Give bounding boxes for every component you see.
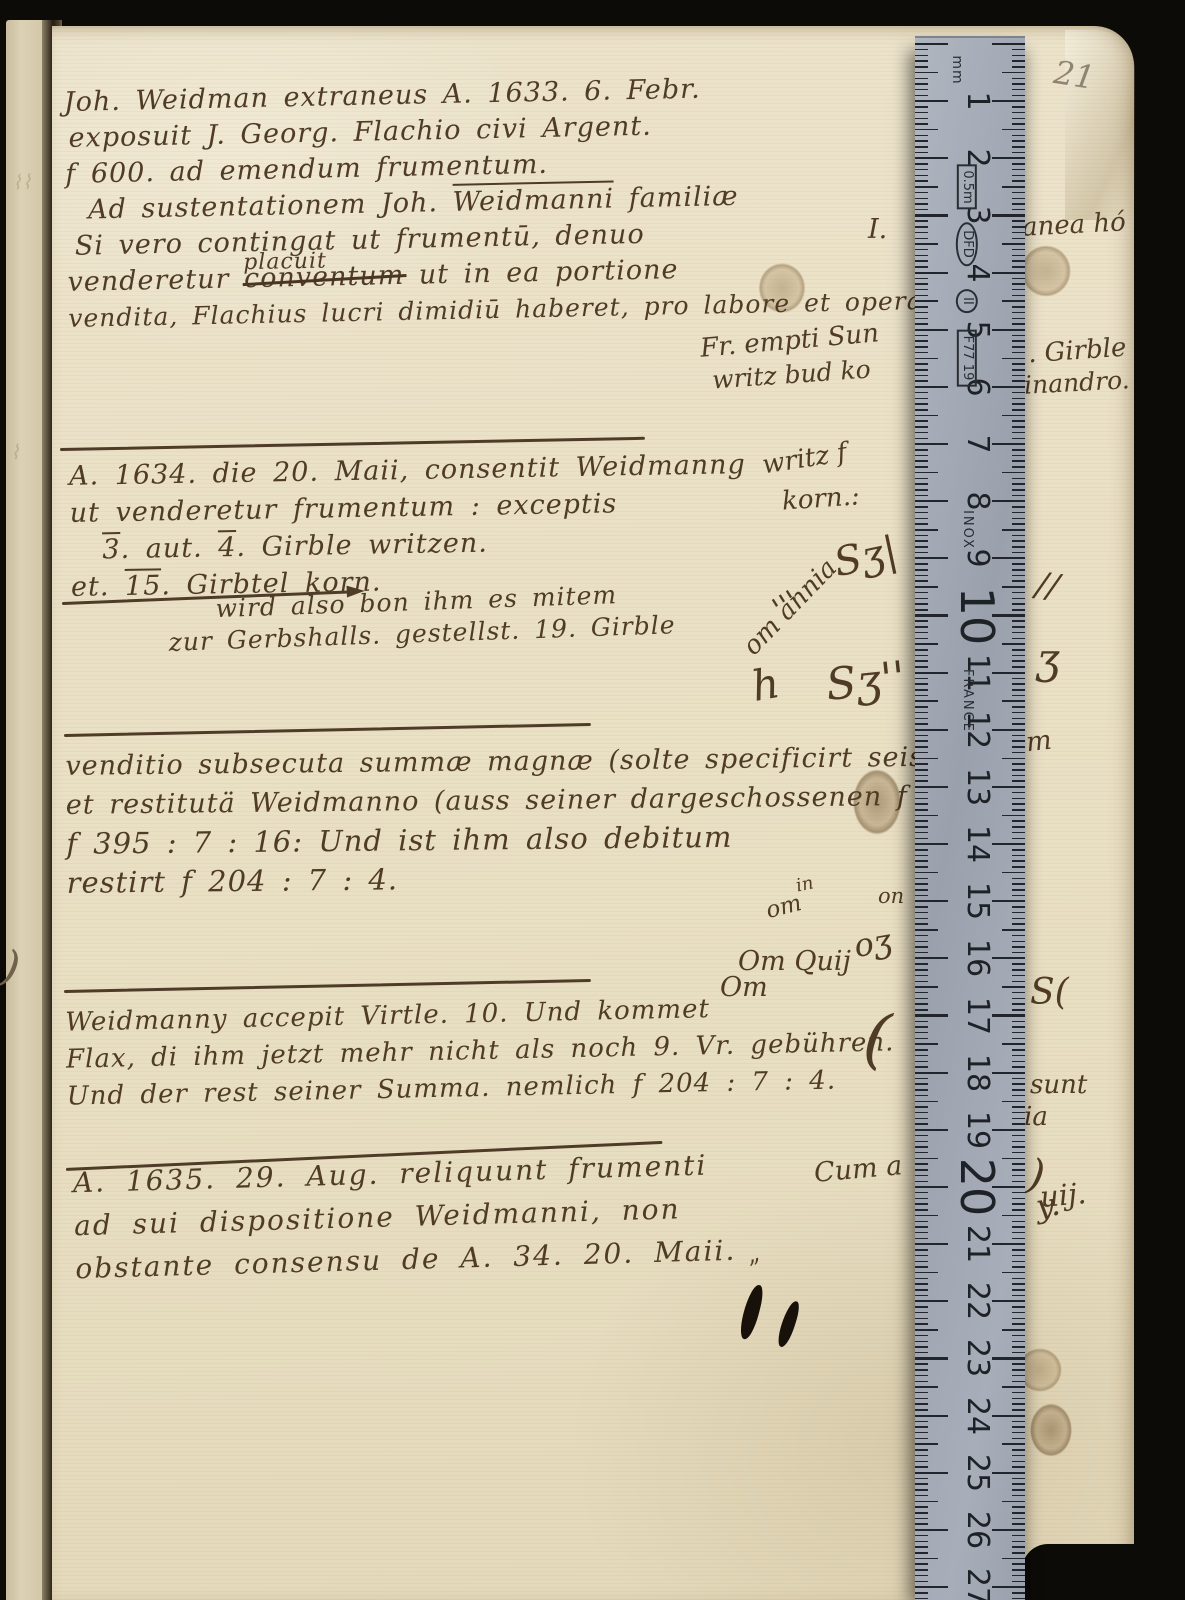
ruler-tick <box>915 1215 938 1217</box>
ruler-tick <box>1002 929 1025 931</box>
ruler-tick <box>915 106 928 108</box>
ruler-tick <box>915 1295 928 1297</box>
ruler-tick <box>1012 1169 1025 1171</box>
ruler-tick <box>1002 643 1025 645</box>
ruler-tick <box>915 295 928 297</box>
ruler-tick <box>1012 1381 1025 1383</box>
ruler-tick <box>915 935 928 937</box>
ruler-tick <box>915 1586 948 1588</box>
ruler-tick <box>1002 815 1025 817</box>
ruler-tick <box>1012 346 1025 348</box>
ruler-tick <box>992 786 1025 788</box>
ruler-tick <box>915 1443 938 1445</box>
ruler-tick <box>915 603 928 605</box>
ruler-tick <box>915 192 928 194</box>
ruler-tick <box>915 506 928 508</box>
ruler-tick <box>1012 1341 1025 1343</box>
ruler-tick <box>915 638 928 640</box>
ruler-tick <box>1012 706 1025 708</box>
ruler-tick <box>1012 432 1025 434</box>
ruler-tick <box>915 1546 928 1548</box>
ruler-tick <box>915 792 928 794</box>
ruler-tick <box>1012 66 1025 68</box>
ruler-tick <box>915 380 928 382</box>
previous-page-edge: ⌇⌇ ⌇ <box>6 20 44 1600</box>
ruler-tick <box>1012 323 1025 325</box>
ruler-tick <box>915 758 938 760</box>
ruler-tick <box>915 460 928 462</box>
ruler-tick <box>915 952 928 954</box>
ruler-tick <box>915 438 928 440</box>
ruler-tick <box>915 1466 928 1468</box>
entry-venditio: venditio subsecuta summæ magnæ (solte sp… <box>65 737 989 903</box>
ruler-tick <box>915 112 928 114</box>
ruler-tick <box>992 729 1025 731</box>
ruler-tick <box>1012 1055 1025 1057</box>
ruler-tick <box>1012 678 1025 680</box>
ruler-tick <box>1012 369 1025 371</box>
ruler-tick <box>915 643 938 645</box>
ruler-tick <box>915 1461 928 1463</box>
ruler-tick <box>1002 129 1025 131</box>
ruler-tick <box>915 906 928 908</box>
ruler-tick <box>1012 1523 1025 1525</box>
ruler-tick <box>992 1300 1025 1302</box>
ruler-tick <box>992 272 1025 274</box>
ruler-tick <box>915 449 928 451</box>
ruler-tick <box>915 1558 938 1560</box>
ruler-tick <box>915 923 928 925</box>
ruler-tick <box>915 695 928 697</box>
ruler-tick <box>915 1455 928 1457</box>
ruler-tick <box>915 540 928 542</box>
ruler-tick <box>1002 72 1025 74</box>
ruler-engraving: F77 19 <box>957 330 977 387</box>
ruler-tick <box>1012 1392 1025 1394</box>
ruler-tick <box>1012 832 1025 834</box>
ruler-tick <box>1012 420 1025 422</box>
ruler-cm-number: 8 <box>962 492 992 511</box>
ruler-cm-number: 17 <box>962 996 992 1034</box>
ruler-tick <box>1012 306 1025 308</box>
ruler-tick <box>915 815 938 817</box>
ruler-tick <box>915 1495 928 1497</box>
ruler-tick <box>1012 935 1025 937</box>
ruler-cm-number: 13 <box>962 768 992 806</box>
ruler-tick <box>915 1426 928 1428</box>
ruler-tick <box>1012 1163 1025 1165</box>
ruler-tick <box>1012 163 1025 165</box>
ruler-tick <box>1012 992 1025 994</box>
bleedthrough-marks: ⌇⌇ <box>12 170 32 195</box>
ruler-tick <box>992 43 1025 45</box>
ruler-tick <box>915 1369 928 1371</box>
ruler-tick <box>1012 1038 1025 1040</box>
ruler-tick <box>1012 1238 1025 1240</box>
ruler-tick <box>915 43 948 45</box>
ruler-tick <box>1012 438 1025 440</box>
ruler-tick <box>1012 220 1025 222</box>
ruler-tick <box>915 1158 938 1160</box>
ruler-tick <box>915 575 928 577</box>
ruler-tick <box>915 1512 928 1514</box>
ruler-tick <box>1012 1306 1025 1308</box>
ruler-tick <box>915 723 928 725</box>
ruler-tick <box>1012 1112 1025 1114</box>
ruler-tick <box>1002 1158 1025 1160</box>
ruler-tick <box>1012 906 1025 908</box>
ruler-tick <box>915 963 928 965</box>
ruler-tick <box>915 1255 928 1257</box>
ruler-tick <box>1012 1255 1025 1257</box>
ruler-tick <box>1012 632 1025 634</box>
ruler-tick <box>915 1306 928 1308</box>
ruler-tick <box>1012 512 1025 514</box>
ruler-tick <box>1012 1295 1025 1297</box>
ruler-tick <box>1012 1026 1025 1028</box>
ruler-tick <box>915 1501 938 1503</box>
ruler-tick <box>915 323 928 325</box>
ruler-tick <box>915 535 928 537</box>
ruler-tick <box>1012 740 1025 742</box>
ruler-tick <box>1002 186 1025 188</box>
ruler-tick <box>915 478 928 480</box>
text-span: Ad sustentationem Joh. <box>88 187 453 226</box>
ruler-tick <box>1012 1363 1025 1365</box>
ruler-tick <box>915 981 928 983</box>
ruler-tick <box>1012 455 1025 457</box>
margin-note: korn.: <box>781 481 861 516</box>
ruler-tick <box>1012 352 1025 354</box>
ruler-tick <box>915 1181 928 1183</box>
ruler-tick <box>1012 1152 1025 1154</box>
ruler-tick <box>915 1055 928 1057</box>
ruler-tick <box>1012 1592 1025 1594</box>
ruler-tick <box>915 226 928 228</box>
ruler-tick <box>1012 803 1025 805</box>
ruler-tick <box>992 1472 1025 1474</box>
ruler-tick <box>1012 769 1025 771</box>
ruler-tick <box>915 1198 928 1200</box>
ruler-tick <box>915 1535 928 1537</box>
ruler-tick <box>1012 1289 1025 1291</box>
ruler-tick <box>992 843 1025 845</box>
ruler-tick <box>915 1283 928 1285</box>
ruler-tick <box>1012 683 1025 685</box>
ruler-tick <box>1012 1518 1025 1520</box>
ruler-tick <box>915 306 928 308</box>
ruler-tick <box>915 163 928 165</box>
ruler-tick <box>1012 112 1025 114</box>
ruler-tick <box>1002 758 1025 760</box>
ruler-tick <box>915 1483 928 1485</box>
ruler-tick <box>1012 278 1025 280</box>
ruler-tick <box>1012 798 1025 800</box>
ruler-tick <box>915 1141 928 1143</box>
ruler-tick <box>1012 398 1025 400</box>
ruler-tick <box>1012 466 1025 468</box>
ruler-tick <box>1012 249 1025 251</box>
ruler-tick <box>1012 598 1025 600</box>
ruler-tick <box>915 1415 948 1417</box>
ruler-tick <box>1012 763 1025 765</box>
entry-accepit: Weidmanny accepit Virtle. 10. Und kommet… <box>65 987 896 1115</box>
ruler-tick <box>915 426 928 428</box>
ruler-tick <box>915 878 928 880</box>
ruler-tick <box>1012 483 1025 485</box>
ruler-tick <box>1012 1135 1025 1137</box>
ruler-tick <box>1012 718 1025 720</box>
ruler-tick <box>915 1318 928 1320</box>
ruler-tick <box>915 432 928 434</box>
ruler-tick <box>915 918 928 920</box>
ruler-tick <box>992 386 1025 388</box>
ruler-tick <box>915 169 928 171</box>
ruler-tick <box>1012 1146 1025 1148</box>
pen-scribble: ia <box>1024 1102 1048 1132</box>
ruler-tick <box>992 1529 1025 1531</box>
ruler-tick <box>915 1421 928 1423</box>
ruler-tick <box>1012 152 1025 154</box>
ruler-tick <box>915 255 928 257</box>
ruler-tick <box>915 340 928 342</box>
ruler-tick <box>1012 1249 1025 1251</box>
ruler-tick <box>1012 1461 1025 1463</box>
ruler-tick <box>1012 1346 1025 1348</box>
ruler-tick <box>1012 723 1025 725</box>
ruler-tick <box>1012 775 1025 777</box>
ruler-tick <box>1012 952 1025 954</box>
ruler-tick <box>915 1095 928 1097</box>
ruler-tick <box>1012 1546 1025 1548</box>
ruler-tick <box>915 300 938 302</box>
ruler-tick <box>1012 918 1025 920</box>
ruler-tick <box>992 100 1025 102</box>
ruler-tick <box>1012 946 1025 948</box>
ruler-tick <box>1012 546 1025 548</box>
pen-scribble: S( <box>1030 972 1069 1013</box>
ruler-tick <box>915 1478 928 1480</box>
ruler-tick <box>915 912 928 914</box>
ruler-tick <box>1012 392 1025 394</box>
text-span: et. <box>71 571 126 603</box>
ruler-tick <box>1012 175 1025 177</box>
ruler-tick <box>1012 1066 1025 1068</box>
ruler-tick <box>1012 712 1025 714</box>
ruler-tick <box>915 203 928 205</box>
ruler-tick <box>915 123 928 125</box>
ruler-tick <box>915 89 928 91</box>
ruler-tick <box>915 1523 928 1525</box>
ruler-tick <box>915 975 928 977</box>
ruler-tick <box>915 712 928 714</box>
ruler-tick <box>1012 60 1025 62</box>
ruler-tick <box>1012 1483 1025 1485</box>
ruler-tick <box>1012 255 1025 257</box>
ruler-tick <box>915 157 948 159</box>
ruler-tick <box>1012 1478 1025 1480</box>
text-span: . Girble writzen. <box>236 528 488 563</box>
pen-scribble: oʒ <box>851 921 894 965</box>
ruler-tick <box>915 1163 928 1165</box>
ruler-tick <box>1012 826 1025 828</box>
ruler-tick <box>992 1357 1025 1359</box>
ruler-tick <box>915 1226 928 1228</box>
ruler-tick <box>915 1021 928 1023</box>
ruler-tick <box>1002 1443 1025 1445</box>
ruler-tick <box>915 883 928 885</box>
ruler-tick <box>915 1146 928 1148</box>
ruler-tick <box>915 826 928 828</box>
ruler-tick <box>915 563 928 565</box>
overlined-number: 4 <box>218 532 237 563</box>
ruler-tick <box>1012 289 1025 291</box>
ruler-tick <box>992 1014 1025 1016</box>
ruler-tick <box>915 866 928 868</box>
pen-scribble: on <box>878 884 904 908</box>
ruler-tick <box>1012 135 1025 137</box>
ruler-tick <box>915 1043 938 1045</box>
ruler-tick <box>915 289 928 291</box>
ruler-tick <box>1012 649 1025 651</box>
ruler-tick <box>915 1575 928 1577</box>
ruler-tick <box>915 872 938 874</box>
ruler-cm-number: 18 <box>962 1054 992 1092</box>
ruler-tick <box>1012 403 1025 405</box>
ruler-cm-number: 23 <box>962 1339 992 1377</box>
ruler-tick <box>915 592 928 594</box>
ruler-engraving: INOX <box>960 510 974 550</box>
ruler-tick <box>915 763 928 765</box>
ruler-tick <box>1002 472 1025 474</box>
ruler-tick <box>1012 866 1025 868</box>
ruler-tick <box>915 889 928 891</box>
ruler-tick <box>1002 1215 1025 1217</box>
ruler-tick <box>992 557 1025 559</box>
ruler-tick <box>1012 1563 1025 1565</box>
ruler-tick <box>915 243 938 245</box>
ruler-tick <box>915 1192 928 1194</box>
ruler-tick <box>915 78 928 80</box>
ruler-tick <box>1012 295 1025 297</box>
ruler-tick <box>1012 1221 1025 1223</box>
ruler-tick <box>915 1329 938 1331</box>
ruler-tick <box>915 518 928 520</box>
ruler-tick <box>1012 1123 1025 1125</box>
ruler-tick <box>915 375 928 377</box>
ruler-tick <box>1012 1318 1025 1320</box>
ruler-tick <box>915 832 928 834</box>
page-bottom-corner <box>1022 1544 1185 1600</box>
ruler-tick <box>1012 226 1025 228</box>
ruler-tick <box>1012 626 1025 628</box>
ruler-tick <box>1012 518 1025 520</box>
ruler-tick <box>915 1261 928 1263</box>
ruler-tick <box>915 929 938 931</box>
ruler-tick <box>915 318 928 320</box>
ruler-tick <box>915 329 948 331</box>
ruler-tick <box>992 1586 1025 1588</box>
ruler-tick <box>915 809 928 811</box>
ruler-tick <box>1012 1323 1025 1325</box>
ruler-tick <box>915 55 928 57</box>
ruler-cm-number: 10 <box>954 586 1000 645</box>
ruler-tick <box>915 1335 928 1337</box>
ruler-tick <box>1012 1118 1025 1120</box>
ruler-tick <box>915 1357 948 1359</box>
ruler-cm-number: 15 <box>962 882 992 920</box>
ruler-tick <box>915 957 948 959</box>
ruler-tick <box>915 118 928 120</box>
ruler-cm-number: 7 <box>962 435 992 454</box>
ruler-tick <box>1012 1232 1025 1234</box>
ruler-tick <box>915 969 928 971</box>
ruler-tick <box>915 1038 928 1040</box>
ruler-tick <box>915 1438 928 1440</box>
ruler-tick <box>1012 1541 1025 1543</box>
ruler-tick <box>1012 1495 1025 1497</box>
ruler-tick <box>915 1066 928 1068</box>
ruler-tick <box>1012 883 1025 885</box>
ruler-tick <box>1012 1575 1025 1577</box>
ruler-tick <box>1012 998 1025 1000</box>
ruler-tick <box>915 472 938 474</box>
ruler-tick <box>1002 1329 1025 1331</box>
ruler-tick <box>915 1375 928 1377</box>
ruler-tick <box>915 198 928 200</box>
overlined-number: 3 <box>102 534 121 565</box>
text-fragment: I. <box>868 214 887 245</box>
ruler-tick <box>1012 1512 1025 1514</box>
ruler-tick <box>915 700 938 702</box>
ruler-tick <box>915 523 928 525</box>
ruler-tick <box>1012 180 1025 182</box>
ruler-tick <box>915 386 948 388</box>
ruler-tick <box>1012 1032 1025 1034</box>
ruler-tick <box>1012 792 1025 794</box>
ruler-tick <box>1012 563 1025 565</box>
ruler-tick <box>1012 878 1025 880</box>
ruler-tick <box>1012 123 1025 125</box>
ruler-tick <box>915 1569 928 1571</box>
ruler-tick <box>1012 855 1025 857</box>
ruler-tick <box>915 1089 928 1091</box>
ruler-tick <box>915 209 928 211</box>
ruler-tick <box>1012 575 1025 577</box>
ruler-tick <box>915 992 928 994</box>
ruler-tick <box>915 140 928 142</box>
ruler-tick <box>915 1072 948 1074</box>
ruler-tick <box>1012 660 1025 662</box>
ruler-tick <box>1002 1043 1025 1045</box>
ruler-tick <box>1012 1352 1025 1354</box>
ruler-tick <box>915 214 948 216</box>
ruler-tick <box>915 620 928 622</box>
ruler-tick <box>992 214 1025 216</box>
ruler-tick <box>915 500 948 502</box>
ruler-tick <box>1012 923 1025 925</box>
ruler-cm-number: 16 <box>962 939 992 977</box>
ruler-tick <box>915 232 928 234</box>
ruler-tick <box>915 1272 938 1274</box>
ruler-tick <box>1012 1312 1025 1314</box>
ruler-tick <box>915 900 948 902</box>
pen-scribble: sunt <box>1030 1070 1087 1100</box>
ruler-tick <box>1012 969 1025 971</box>
ruler-cm-number: 25 <box>962 1454 992 1492</box>
ruler-tick <box>915 220 928 222</box>
ruler-cm-number: 14 <box>962 825 992 863</box>
